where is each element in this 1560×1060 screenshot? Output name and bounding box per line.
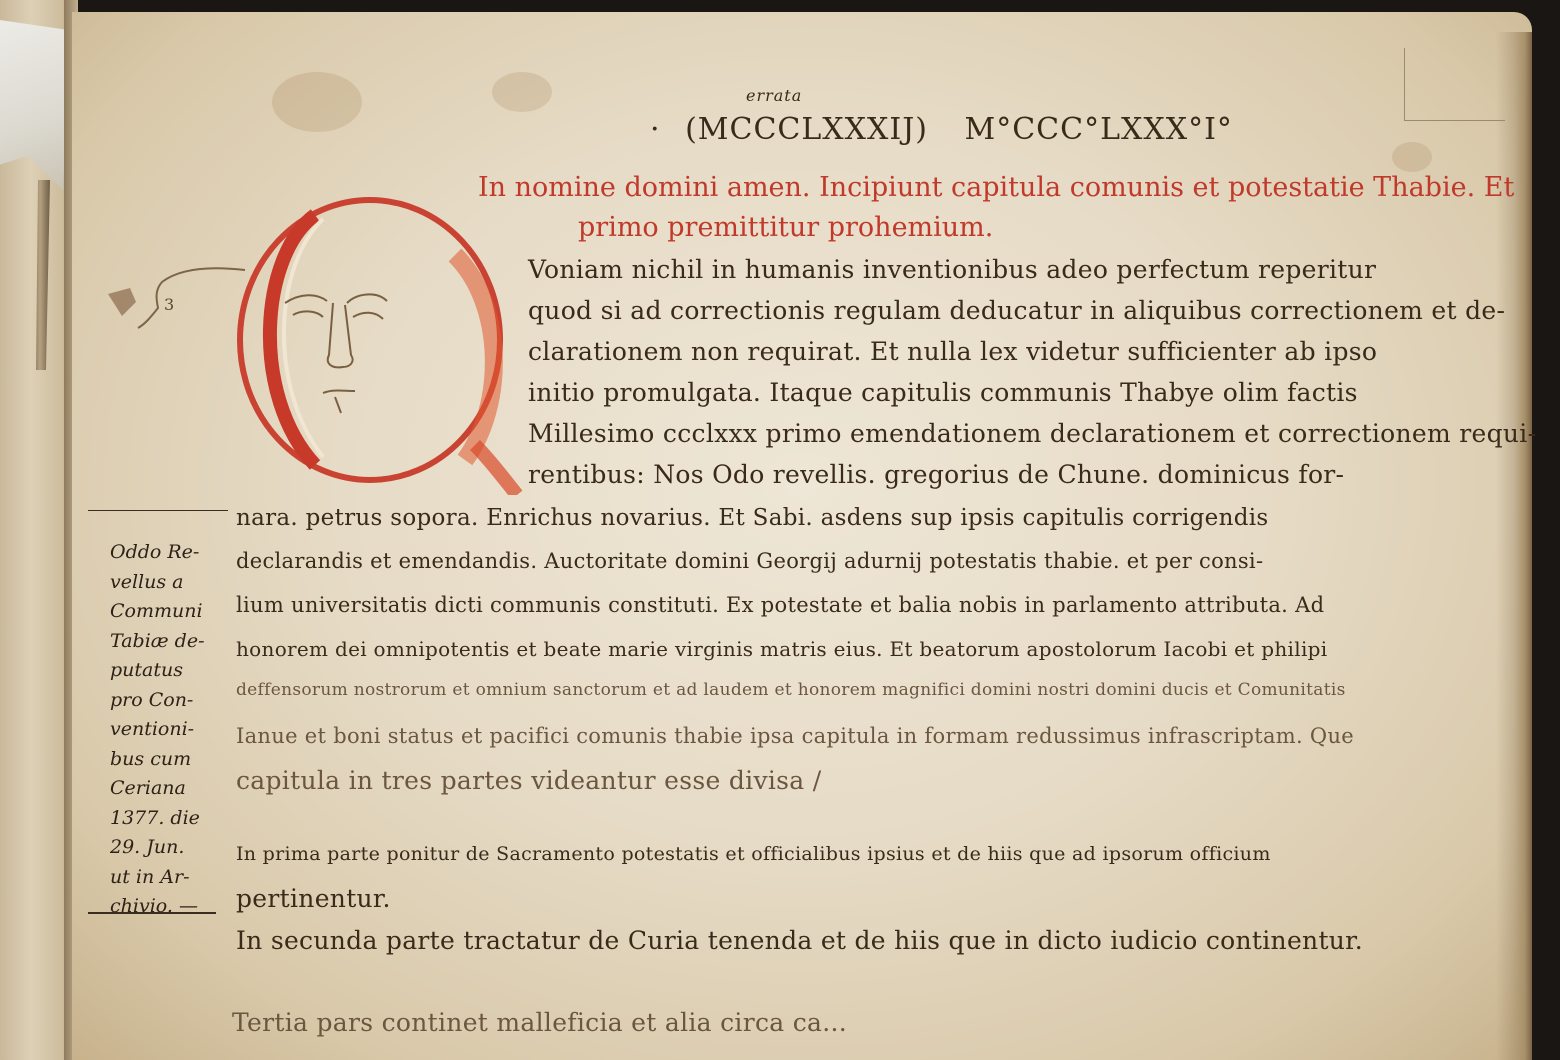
margin-note-line: putatus: [110, 656, 220, 686]
section-1-line-2: pertinentur.: [236, 884, 391, 913]
section-1-line-1: In prima parte ponitur de Sacramento pot…: [236, 843, 1271, 865]
bracketed-date: (MCCCLXXXIJ): [685, 112, 928, 147]
body-line-11: deffensorum nostrorum et omnium sanctoru…: [236, 680, 1346, 700]
body-line-2: quod si ad correctionis regulam deducatu…: [528, 296, 1505, 325]
body-line-8: declarandis et emendandis. Auctoritate d…: [236, 549, 1263, 573]
margin-note: Oddo Re- vellus a Communi Tabiæ de- puta…: [110, 538, 220, 922]
body-line-13: capitula in tres partes videantur esse d…: [236, 766, 821, 795]
body-line-10: honorem dei omnipotentis et beate marie …: [236, 637, 1327, 661]
margin-note-line: vellus a: [110, 568, 220, 598]
rubric-line-2: primo premittitur prohemium.: [578, 212, 993, 243]
body-line-3: clarationem non requirat. Et nulla lex v…: [528, 337, 1377, 366]
section-3-line-1: Tertia pars continet malleficia et alia …: [232, 1008, 847, 1037]
margin-note-line: pro Con-: [110, 686, 220, 716]
margin-note-line: Ceriana: [110, 774, 220, 804]
margin-note-line: chivio. —: [110, 892, 220, 922]
header-dot: ·: [650, 112, 661, 147]
spine-fold: [30, 180, 50, 370]
margin-note-line: 29. Jun.: [110, 833, 220, 863]
header-date-line: · (MCCCLXXXIJ) errata M°CCC°LXXX°I°: [650, 112, 1233, 147]
body-line-6: rentibus: Nos Odo revellis. gregorius de…: [528, 460, 1344, 489]
margin-note-line: ut in Ar-: [110, 863, 220, 893]
margin-note-line: bus cum: [110, 745, 220, 775]
body-line-5: Millesimo ccclxxx primo emendationem dec…: [528, 419, 1536, 448]
ruling-mark: [1404, 48, 1505, 121]
section-2-line-1: In secunda parte tractatur de Curia tene…: [236, 926, 1363, 955]
margin-note-line: 1377. die: [110, 804, 220, 834]
margin-note-line: Communi: [110, 597, 220, 627]
margin-note-rule-bottom: [88, 912, 216, 914]
correction-note: errata: [746, 86, 802, 105]
margin-note-line: Oddo Re-: [110, 538, 220, 568]
body-line-4: initio promulgata. Itaque capitulis comm…: [528, 378, 1358, 407]
date-text: M°CCC°LXXX°I°: [965, 112, 1233, 147]
body-line-9: lium universitatis dicti communis consti…: [236, 593, 1324, 617]
body-line-1: Voniam nichil in humanis inventionibus a…: [528, 255, 1376, 284]
torn-flyleaf: [0, 20, 70, 190]
margin-note-line: ventioni-: [110, 715, 220, 745]
rubric-line-1: In nomine domini amen. Incipiunt capitul…: [478, 172, 1514, 203]
body-line-7: nara. petrus sopora. Enrichus novarius. …: [236, 505, 1268, 531]
decorated-initial-q: [205, 195, 525, 495]
body-line-12: Ianue et boni status et pacifici comunis…: [236, 724, 1354, 748]
margin-note-rule-top: [88, 510, 228, 511]
margin-note-line: Tabiæ de-: [110, 627, 220, 657]
svg-text:3: 3: [164, 295, 174, 314]
